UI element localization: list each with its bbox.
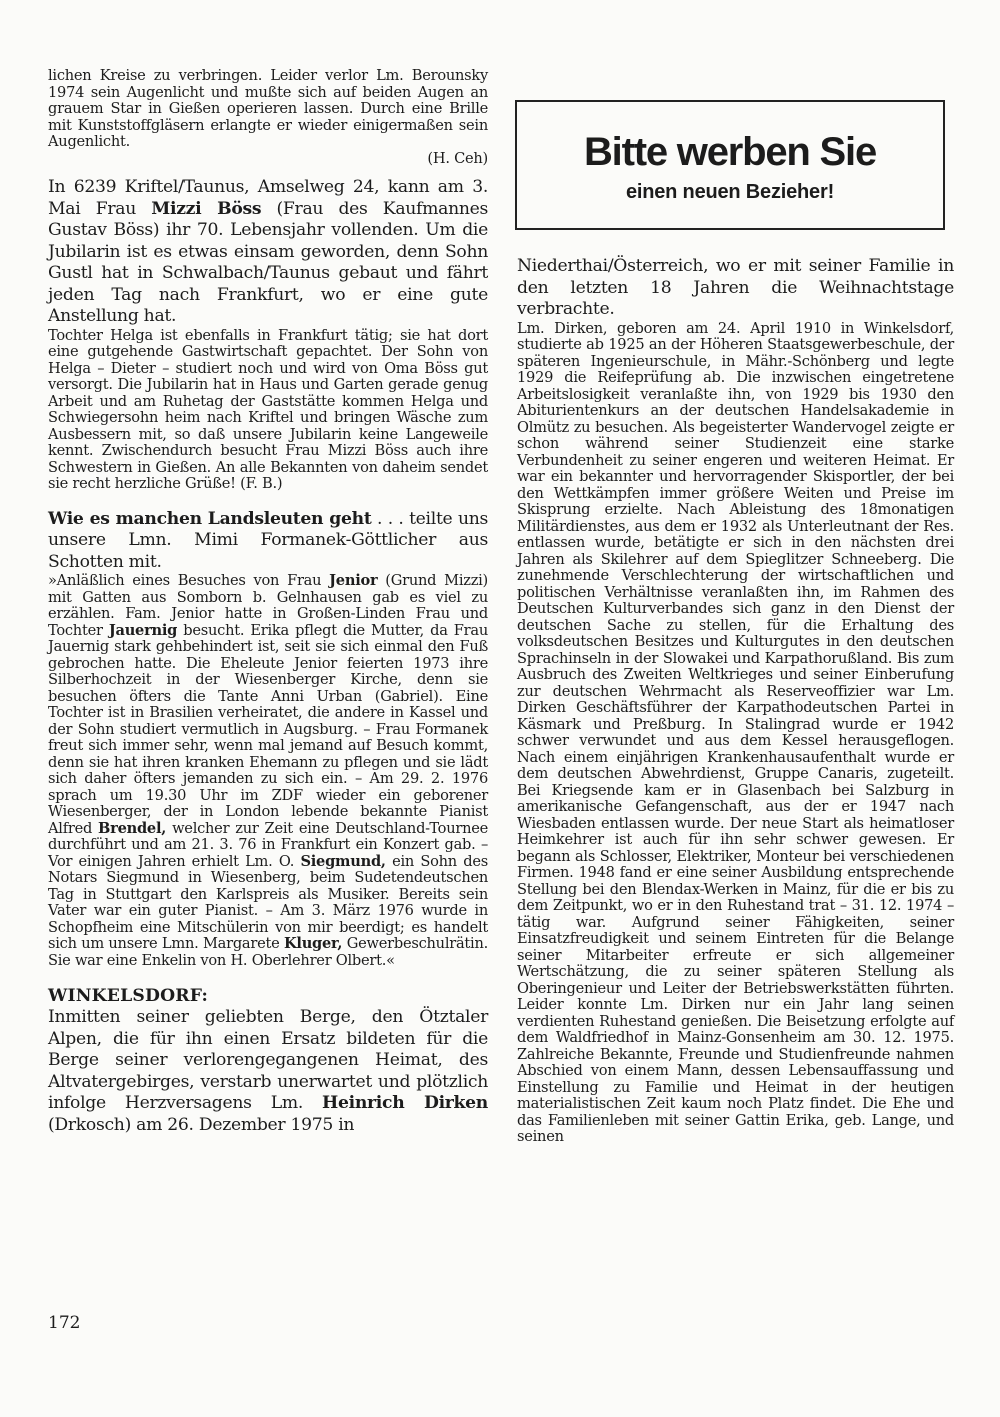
landsleute-body: »Anläßlich eines Besuches von Frau Jenio…: [48, 573, 488, 969]
ad-subline: einen neuen Bezieher!: [517, 180, 943, 204]
winkelsdorf-intro: Inmitten seiner geliebten Berge, den Ötz…: [48, 1007, 488, 1136]
boess-intro: In 6239 Kriftel/Taunus, Amselweg 24, kan…: [48, 177, 488, 328]
winkelsdorf-heading: WINKELSDORF:: [48, 985, 488, 1007]
berounsky-signature: (H. Ceh): [48, 151, 488, 168]
landsleute-heading: Wie es manchen Landsleuten geht . . . te…: [48, 509, 488, 574]
page-number: 172: [48, 1313, 80, 1333]
advertisement-box: Bitte werben Sie einen neuen Bezieher!: [515, 100, 945, 230]
boess-name: Mizzi Böss: [151, 199, 261, 219]
dirken-biography: Lm. Dirken, geboren am 24. April 1910 in…: [517, 321, 954, 1146]
boess-body: Tochter Helga ist ebenfalls in Frankfurt…: [48, 328, 488, 493]
ad-headline: Bitte werben Sie: [517, 130, 943, 174]
dirken-name: Heinrich Dirken: [322, 1093, 488, 1113]
dirken-continuation: Niederthai/Österreich, wo er mit seiner …: [517, 256, 954, 321]
left-column: lichen Kreise zu verbringen. Leider verl…: [48, 68, 488, 1136]
landsleute-title: Wie es manchen Landsleuten geht: [48, 509, 372, 529]
berounsky-paragraph: lichen Kreise zu verbringen. Leider verl…: [48, 68, 488, 151]
right-column: Niederthai/Österreich, wo er mit seiner …: [517, 256, 954, 1146]
